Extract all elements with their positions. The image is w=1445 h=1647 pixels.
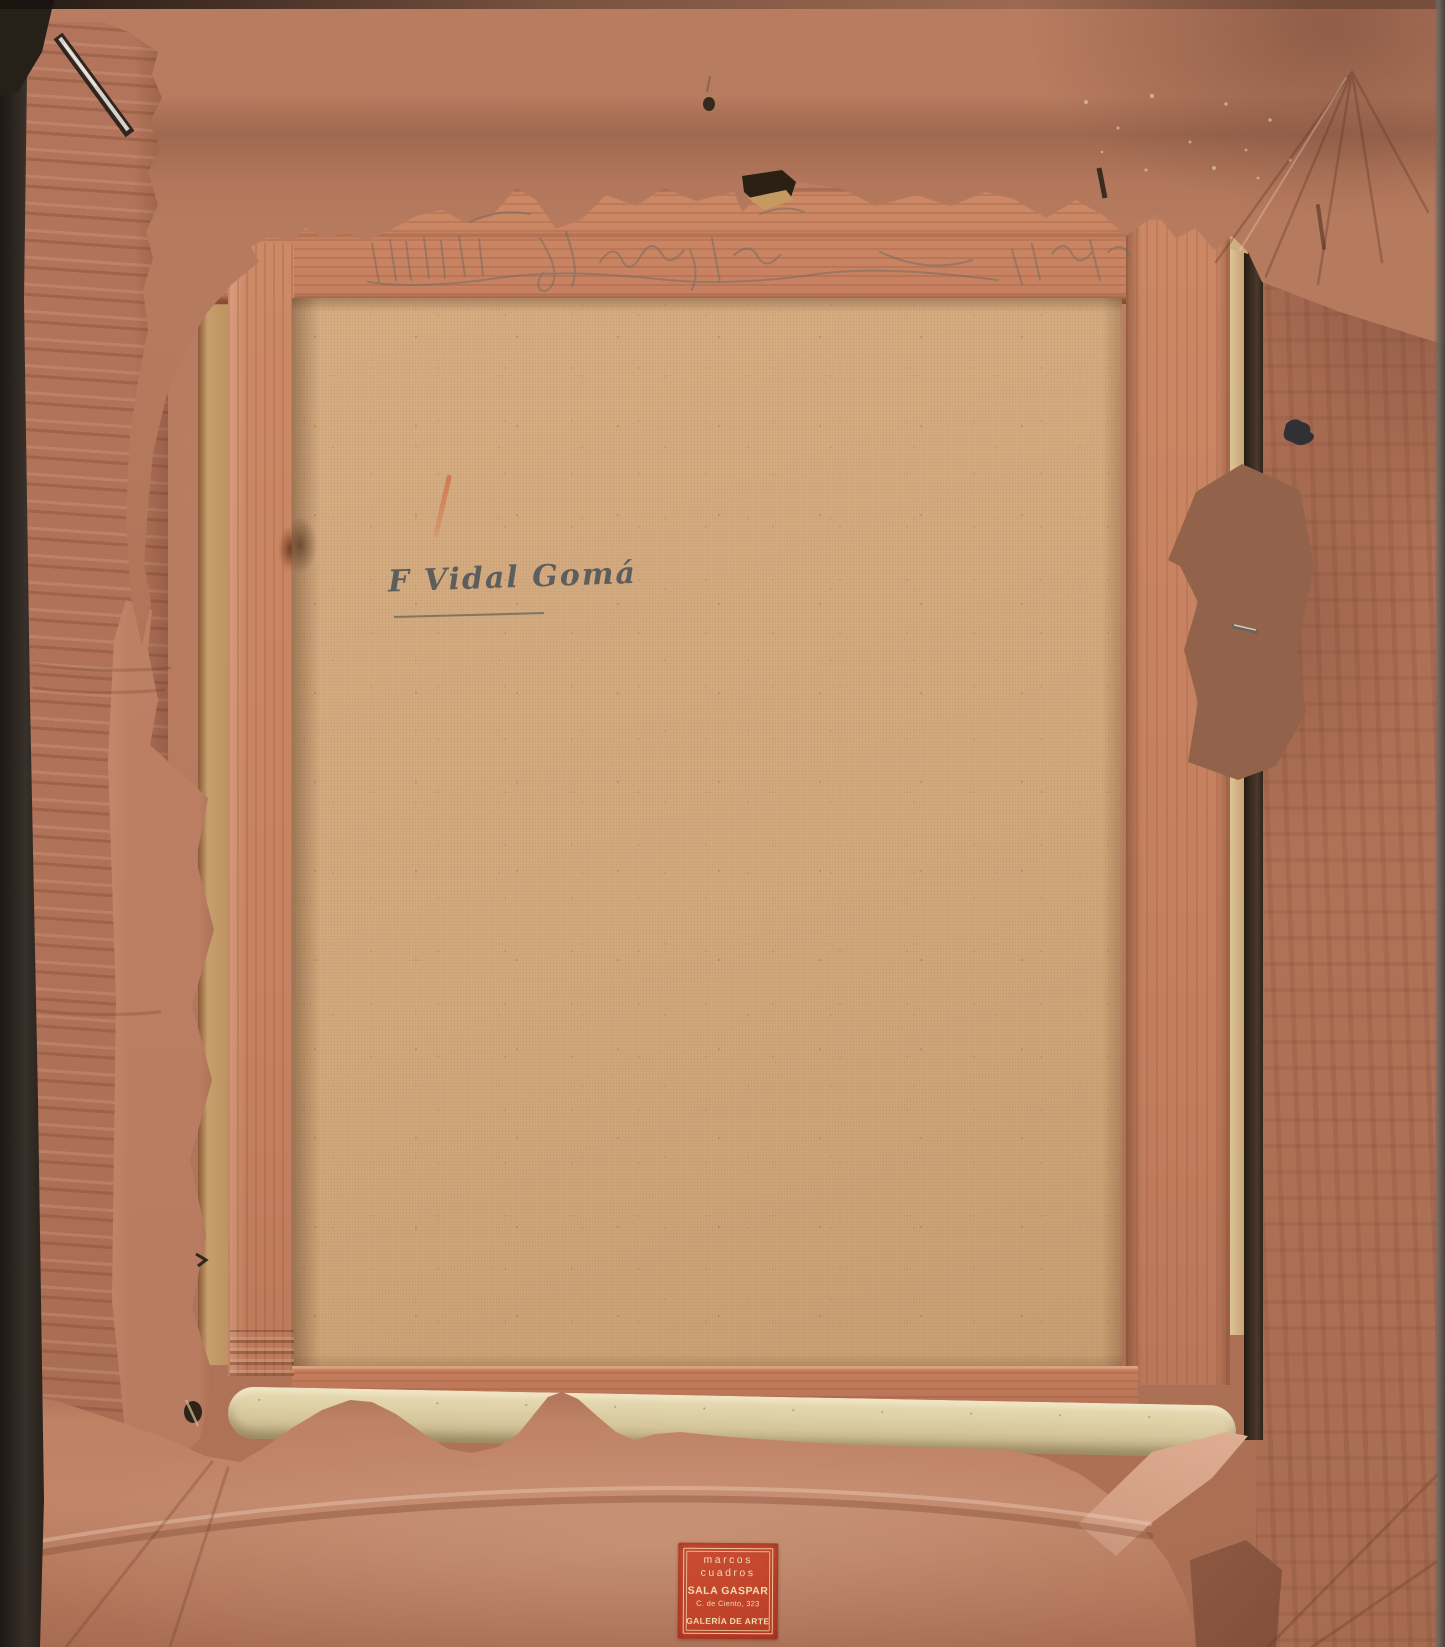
- stretcher-bar-left: [228, 243, 294, 1376]
- gallery-label: marcos cuadros SALA GASPAR C. de Ciento,…: [678, 1543, 779, 1640]
- label-line-marcos: marcos: [684, 1554, 772, 1568]
- label-line-cuadros: cuadros: [684, 1567, 772, 1581]
- stretcher-bar-right: [1126, 220, 1230, 1385]
- label-tagline: GALERÍA DE ARTE: [684, 1616, 772, 1627]
- stretcher-bar-left-end-grain: [230, 1330, 294, 1376]
- label-gallery-name: SALA GASPAR: [684, 1585, 772, 1598]
- canvas-back: F Vidal Gomá: [292, 298, 1122, 1366]
- frame-shadow-gap-right: [1244, 178, 1263, 1440]
- label-text-block: marcos cuadros SALA GASPAR C. de Ciento,…: [684, 1554, 773, 1629]
- framed-painting-back-photo: F Vidal Gomá: [0, 0, 1445, 1647]
- frame-edge-top: [0, 0, 1445, 9]
- label-address: C. de Ciento, 323: [684, 1599, 772, 1609]
- frame-rabbet-gap-left: [198, 305, 230, 1365]
- canvas-edge-shadow: [292, 298, 1122, 1366]
- frame-edge-right: [1434, 0, 1445, 1647]
